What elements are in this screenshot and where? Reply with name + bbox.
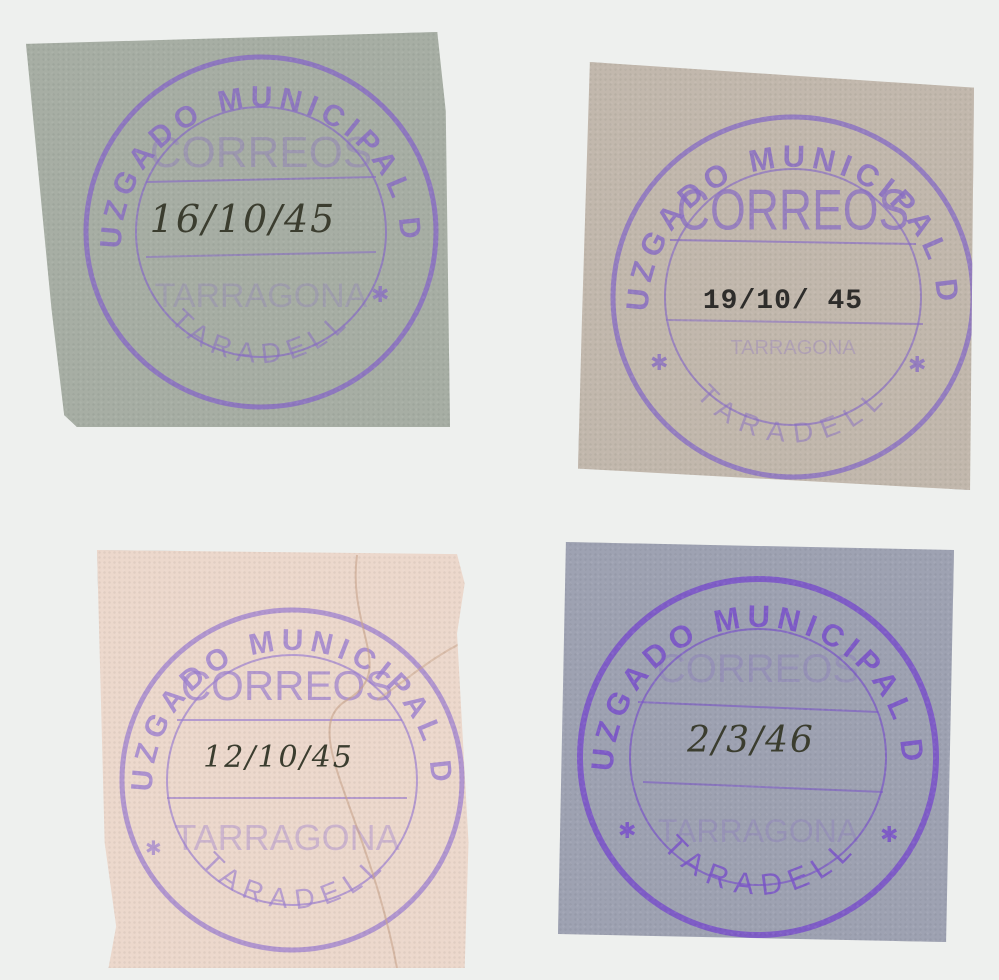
svg-text:TARRAGONA: TARRAGONA [658,813,859,849]
svg-text:TARRAGONA: TARRAGONA [155,277,368,315]
svg-text:CORREOS: CORREOS [657,647,859,691]
svg-text:✱: ✱ [145,838,162,860]
svg-text:✱: ✱ [618,818,636,843]
postmark: JUZGADO MUNICIPAL DE TARADELL CORREOS TA… [578,62,974,490]
svg-text:CORREOS: CORREOS [181,662,393,709]
date-typed: 19/10/ 45 [578,286,974,317]
svg-text:TARADELL: TARADELL [691,378,895,449]
date-handwritten: 12/10/45 [97,740,480,775]
svg-text:CORREOS: CORREOS [150,128,372,177]
svg-text:JUZGADO MUNICIPAL DE: JUZGADO MUNICIPAL DE [565,34,967,312]
svg-text:✱: ✱ [650,350,668,375]
date-handwritten: 16/10/45 [26,197,450,241]
date-handwritten: 2/3/46 [558,720,954,761]
stamp-fragment-bottom-right: JUZGADO MUNICIPAL DE TARADELL CORREOS TA… [558,542,954,942]
stamp-fragment-top-right: JUZGADO MUNICIPAL DE TARADELL CORREOS TA… [578,62,974,490]
svg-text:TARRAGONA: TARRAGONA [730,337,856,359]
svg-text:✱: ✱ [880,822,898,847]
svg-text:✱: ✱ [908,352,926,377]
stamp-fragment-top-left: JUZGADO MUNICIPAL DE TARADELL CORREOS TA… [26,32,450,427]
stamp-fragment-bottom-left: JUZGADO MUNICIPAL DE TARADELL CORREOS TA… [97,550,480,968]
svg-text:✱: ✱ [371,282,389,307]
svg-text:CORREOS: CORREOS [677,179,909,243]
